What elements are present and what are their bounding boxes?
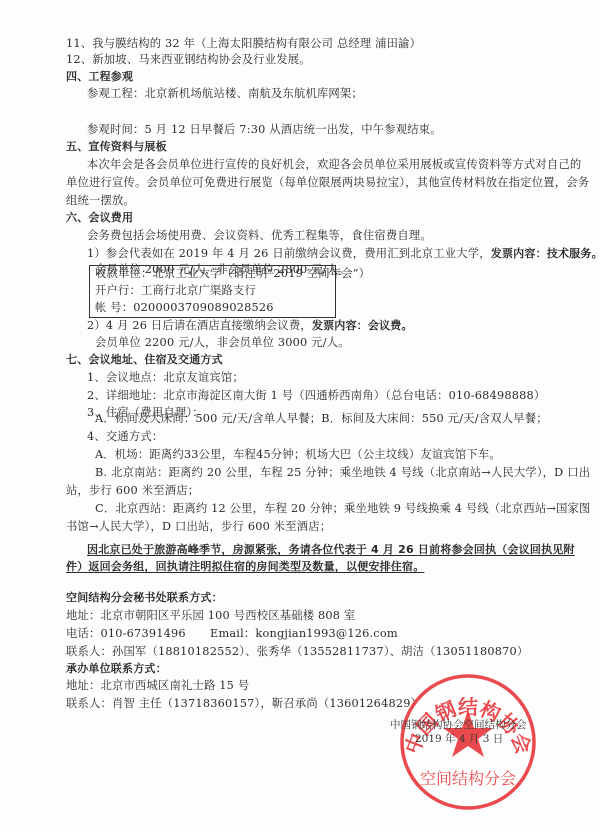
fees-item-2-text: 2）4 月 26 日后请在酒店直接缴纳会议费， xyxy=(87,319,312,332)
document-page: 11、我与膜结构的 32 年（上海太阳膜结构有限公司 总经理 浦田諭） 12、新… xyxy=(0,0,600,832)
promotion-line-2: 单位进行宣传。会员单位可免费进行展览（每单位限展两块易拉宝），其他宣传材料放在指… xyxy=(66,175,589,190)
host-heading: 承办单位联系方式： xyxy=(66,661,167,676)
bank-payee: 收款单位：北京工业大学（请注明“2019 空间年会”） xyxy=(95,266,370,281)
transport-title: 4、交通方式： xyxy=(87,429,163,444)
section-heading-venue: 七、会议地址、住宿及交通方式 xyxy=(66,352,223,367)
transport-south-station-2: 站，步行 600 米至酒店； xyxy=(66,483,199,498)
secretariat-address: 地址：北京市朝阳区平乐园 100 号西校区基础楼 808 室 xyxy=(66,608,355,623)
booking-notice-2: 件）返回会务组，回执请注明拟住宿的房间类型及数量，以便安排住宿。 xyxy=(66,559,424,574)
bank-branch: 开户行：工商行北京广渠路支行 xyxy=(95,283,256,298)
host-address: 地址：北京市西城区南礼士路 15 号 xyxy=(66,678,249,693)
secretariat-phone: 电话：010-67391496 xyxy=(66,626,186,641)
signature-organization: 中国钢结构协会空间结构分会 xyxy=(390,719,527,732)
agenda-item-11: 11、我与膜结构的 32 年（上海太阳膜结构有限公司 总经理 浦田諭） xyxy=(66,36,421,51)
fees-item-1-text: 1）参会代表如在 2019 年 4 月 26 日前缴纳会议费，费用汇到北京工业大… xyxy=(87,247,491,260)
bank-account: 帐 号：0200003709089028526 xyxy=(95,300,274,315)
seal-bottom-text: 空间结构分会 xyxy=(420,769,516,788)
lodging-detail: A．标间及大床间：500 元/天/含单人早餐；B．标间及大床间：550 元/天/… xyxy=(95,411,548,426)
fees-intro: 会务费包括会场使用费、会议资料、优秀工程集等，食住宿费自理。 xyxy=(87,228,432,243)
fees-item-1-invoice: 发票内容：技术服务。 xyxy=(491,247,600,260)
transport-airport: A．机场：距离约33公里，车程45分钟；机场大巴（公主坟线）友谊宾馆下车。 xyxy=(95,447,501,462)
site-visit-project: 参观工程：北京新机场航站楼、南航及东航机库网架； xyxy=(87,86,363,101)
secretariat-heading: 空间结构分会秘书处联系方式： xyxy=(66,590,223,605)
site-visit-time: 参观时间：5 月 12 日早餐后 7:30 从酒店统一出发，中午参观结束。 xyxy=(87,122,442,137)
promotion-line-1: 本次年会是各会员单位进行宣传的良好机会，欢迎各会员单位采用展板或宣传资料等方式对… xyxy=(87,157,581,172)
section-heading-promotion: 五、宣传资料与展板 xyxy=(66,139,167,154)
booking-notice-1: 因北京已处于旅游高峰季节，房源紧张，务请各位代表于 4 月 26 日前将参会回执… xyxy=(87,542,575,557)
transport-west-station-2: 书馆→人民大学），D 口出站，步行 600 米至酒店； xyxy=(66,519,331,534)
fees-item-2-invoice: 发票内容：会议费。 xyxy=(312,319,413,332)
host-contacts: 联系人：肖智 主任（13718360157），靳召承尚（13601264829） xyxy=(66,696,422,711)
fees-item-1: 1）参会代表如在 2019 年 4 月 26 日前缴纳会议费，费用汇到北京工业大… xyxy=(87,246,600,261)
venue-name: 1、会议地点：北京友谊宾馆； xyxy=(87,370,244,385)
promotion-line-3: 组统一摆放。 xyxy=(66,193,135,208)
fees-item-2-price: 会员单位 2200 元/人，非会员单位 3000 元/人。 xyxy=(95,335,350,350)
signature-date: 2019 年 4 月 3 日 xyxy=(415,733,503,746)
transport-south-station-1: B. 北京南站：距离约 20 公里，车程 25 分钟；乘坐地铁 4 号线（北京南… xyxy=(95,465,590,480)
agenda-item-12: 12、新加坡、马来西亚钢结构协会及行业发展。 xyxy=(66,52,311,67)
secretariat-contacts: 联系人：孙国军（18810182552）、张秀华（13552811737）、胡洁… xyxy=(66,644,528,659)
venue-address: 2、详细地址：北京市海淀区南大街 1 号（四通桥西南角）（总台电话：010-68… xyxy=(87,388,545,403)
fees-item-2: 2）4 月 26 日后请在酒店直接缴纳会议费，发票内容：会议费。 xyxy=(87,318,413,333)
secretariat-email: Email：kongjian1993@126.com xyxy=(210,626,398,641)
section-heading-site-visit: 四、工程参观 xyxy=(66,69,133,84)
transport-west-station-1: C．北京西站：距离约 12 公里，车程 20 分钟；乘坐地铁 9 号线换乘 4 … xyxy=(95,501,591,516)
section-heading-fees: 六、会议费用 xyxy=(66,210,133,225)
